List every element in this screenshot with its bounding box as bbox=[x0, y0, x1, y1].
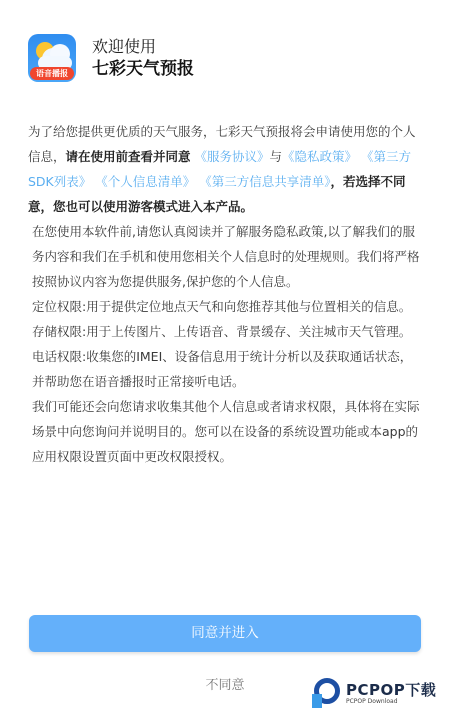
intro-paragraph: 为了给您提供更优质的天气服务，七彩天气预报将会申请使用您的个人信息，请在使用前查… bbox=[28, 119, 424, 219]
service-agreement-link[interactable]: 《服务协议》 bbox=[195, 149, 270, 164]
phone-permission-text: 电话权限:收集您的IMEI、设备信息用于统计分析以及获取通话状态，并帮助您在语音… bbox=[28, 344, 424, 394]
app-name: 七彩天气预报 bbox=[92, 58, 194, 80]
storage-permission-text: 存储权限:用于上传图片、上传语音、背景缓存、关注城市天气管理。 bbox=[28, 319, 424, 344]
disagree-label[interactable]: 不同意 bbox=[205, 678, 244, 693]
privacy-content: 为了给您提供更优质的天气服务，七彩天气预报将会申请使用您的个人信息，请在使用前查… bbox=[28, 119, 424, 469]
location-permission-text: 定位权限:用于提供定位地点天气和向您推荐其他与位置相关的信息。 bbox=[28, 294, 424, 319]
connector-text: 与 bbox=[270, 149, 283, 164]
logo-square bbox=[312, 694, 322, 708]
app-logo-icon: 语音播报 bbox=[28, 34, 76, 82]
pcpop-logo-icon bbox=[312, 678, 342, 710]
third-party-sharing-link[interactable]: 《第三方信息共享清单》 bbox=[199, 174, 330, 189]
personal-info-list-link[interactable]: 《个人信息清单》 bbox=[95, 174, 195, 189]
logo-badge: 语音播报 bbox=[30, 67, 74, 80]
other-permission-text: 我们可能还会向您请求收集其他个人信息或者请求权限，具体将在实际场景中向您询问并说… bbox=[28, 394, 424, 469]
watermark-text: PCPOP下载 PCPOP Download bbox=[346, 682, 436, 706]
privacy-policy-link[interactable]: 《隐私政策》 bbox=[282, 149, 357, 164]
welcome-text: 欢迎使用 bbox=[92, 36, 194, 58]
watermark-main: PCPOP下载 bbox=[346, 682, 436, 698]
app-header: 语音播报 欢迎使用 七彩天气预报 bbox=[28, 34, 194, 82]
watermark-sub: PCPOP Download bbox=[346, 698, 436, 706]
agree-and-enter-button[interactable]: 同意并进入 bbox=[29, 615, 421, 652]
policy-paragraph: 在您使用本软件前,请您认真阅读并了解服务隐私政策,以了解我们的服务内容和我们在手… bbox=[28, 219, 424, 294]
intro-bold-text: 请在使用前查看并同意 bbox=[66, 149, 191, 164]
header-titles: 欢迎使用 七彩天气预报 bbox=[92, 36, 194, 80]
watermark: PCPOP下载 PCPOP Download bbox=[312, 678, 436, 710]
